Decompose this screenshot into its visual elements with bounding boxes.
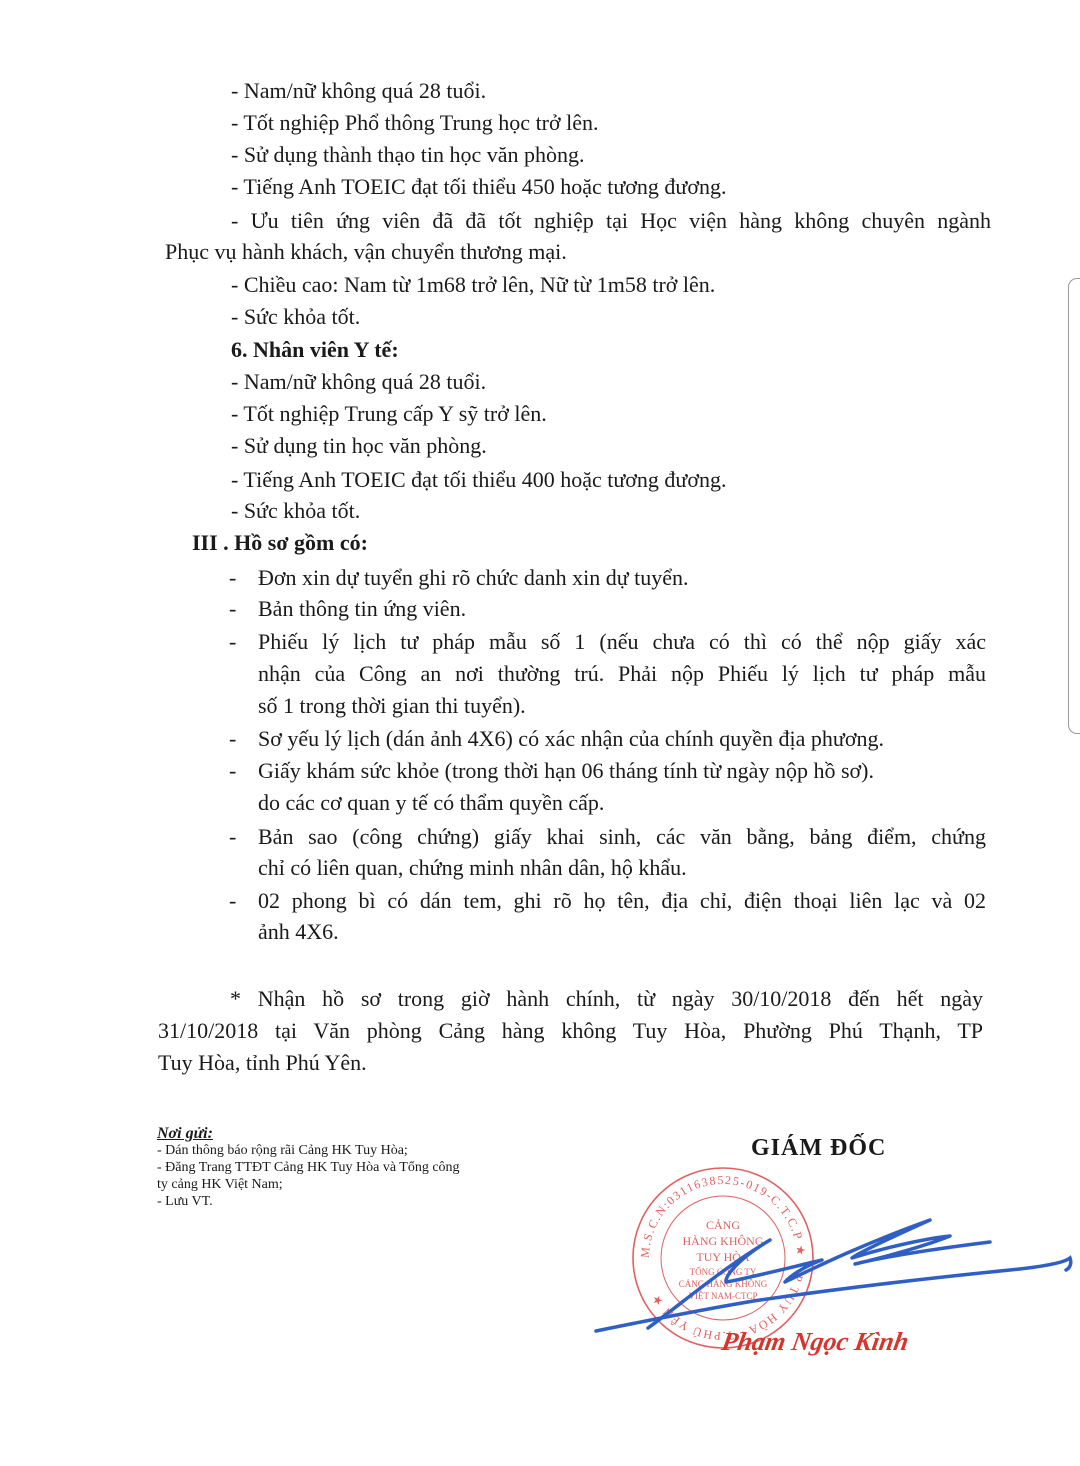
list-bullet: - <box>229 594 236 624</box>
recipient-line: - Lưu VT. <box>157 1194 213 1209</box>
list-bullet: - <box>229 563 236 593</box>
signer-name: Phạm Ngọc Kình <box>719 1327 911 1357</box>
handwritten-signature <box>590 1200 1080 1340</box>
list-item-continuation: do các cơ quan y tế có thẩm quyền cấp. <box>258 788 604 818</box>
recipient-line: - Dán thông báo rộng rãi Cảng HK Tuy Hòa… <box>157 1143 408 1158</box>
list-bullet: - <box>229 886 236 916</box>
list-item: Phiếu lý lịch tư pháp mẫu số 1 (nếu chưa… <box>258 627 986 657</box>
section-heading: 6. Nhân viên Y tế: <box>231 335 399 365</box>
list-item-continuation: nhận của Công an nơi thường trú. Phải nộ… <box>258 659 986 689</box>
recipients-title: Nơi gửi: <box>157 1126 213 1141</box>
list-bullet: - <box>229 756 236 786</box>
requirement-line: - Ưu tiên ứng viên đã đã tốt nghiệp tại … <box>231 206 991 236</box>
recipient-line: ty cảng HK Việt Nam; <box>157 1177 283 1192</box>
notice-line: * Nhận hồ sơ trong giờ hành chính, từ ng… <box>230 984 983 1014</box>
list-bullet: - <box>229 822 236 852</box>
list-item: Giấy khám sức khỏe (trong thời hạn 06 th… <box>258 756 874 786</box>
signer-title: GIÁM ĐỐC <box>751 1133 886 1163</box>
section-heading: III . Hồ sơ gồm có: <box>192 528 368 558</box>
notice-line: 31/10/2018 tại Văn phòng Cảng hàng không… <box>158 1016 983 1046</box>
requirement-line: - Nam/nữ không quá 28 tuổi. <box>231 367 486 397</box>
requirement-line: Phục vụ hành khách, vận chuyển thương mạ… <box>165 237 567 267</box>
list-item: Bản thông tin ứng viên. <box>258 594 466 624</box>
scrollbar[interactable] <box>1068 278 1080 734</box>
list-item: Sơ yếu lý lịch (dán ảnh 4X6) có xác nhận… <box>258 724 884 754</box>
requirement-line: - Tiếng Anh TOEIC đạt tối thiểu 450 hoặc… <box>231 172 726 202</box>
list-item-continuation: ảnh 4X6. <box>258 917 339 947</box>
requirement-line: - Sử dụng thành thạo tin học văn phòng. <box>231 140 585 170</box>
requirement-line: - Chiều cao: Nam từ 1m68 trở lên, Nữ từ … <box>231 270 715 300</box>
recipient-line: - Đăng Trang TTĐT Cảng HK Tuy Hòa và Tổn… <box>157 1160 460 1175</box>
requirement-line: - Sức khỏa tốt. <box>231 496 360 526</box>
notice-line: Tuy Hòa, tỉnh Phú Yên. <box>158 1048 367 1078</box>
list-item-continuation: số 1 trong thời gian thi tuyển). <box>258 691 526 721</box>
requirement-line: - Sức khỏa tốt. <box>231 302 360 332</box>
requirement-line: - Sử dụng tin học văn phòng. <box>231 431 487 461</box>
requirement-line: - Tiếng Anh TOEIC đạt tối thiểu 400 hoặc… <box>231 465 726 495</box>
list-item: Đơn xin dự tuyển ghi rõ chức danh xin dự… <box>258 563 689 593</box>
list-item-continuation: chỉ có liên quan, chứng minh nhân dân, h… <box>258 853 687 883</box>
list-item: Bản sao (công chứng) giấy khai sinh, các… <box>258 822 986 852</box>
list-item: 02 phong bì có dán tem, ghi rõ họ tên, đ… <box>258 886 986 916</box>
requirement-line: - Nam/nữ không quá 28 tuổi. <box>231 76 486 106</box>
list-bullet: - <box>229 627 236 657</box>
requirement-line: - Tốt nghiệp Trung cấp Y sỹ trở lên. <box>231 399 547 429</box>
requirement-line: - Tốt nghiệp Phổ thông Trung học trở lên… <box>231 108 599 138</box>
list-bullet: - <box>229 724 236 754</box>
